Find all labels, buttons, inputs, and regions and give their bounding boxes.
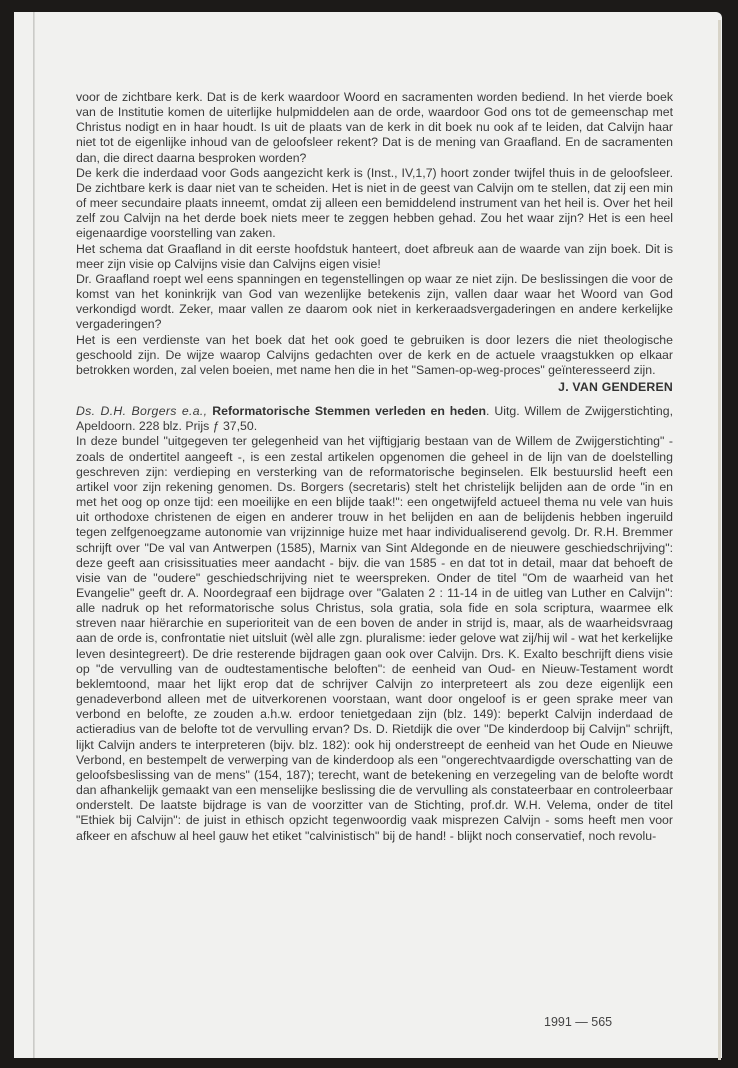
review-book-title: Reformatorische Stemmen verleden en hede… bbox=[212, 404, 486, 418]
paragraph: Het is een verdienste van het boek dat h… bbox=[76, 333, 673, 378]
review-body: In deze bundel "uitgegeven ter gelegenhe… bbox=[76, 434, 673, 843]
page-edge bbox=[718, 20, 721, 1060]
paragraph: Het schema dat Graafland in dit eerste h… bbox=[76, 242, 673, 272]
reviewer-signature: J. VAN GENDEREN bbox=[76, 380, 673, 395]
paragraph: De kerk die inderdaad voor Gods aangezic… bbox=[76, 166, 673, 242]
review-citation: Ds. D.H. Borgers e.a., Reformatorische S… bbox=[76, 404, 673, 434]
page-number: 1991 — 565 bbox=[544, 1015, 612, 1029]
binding-fold-line bbox=[33, 12, 35, 1058]
paragraph: Dr. Graafland roept wel eens spanningen … bbox=[76, 272, 673, 333]
review-book-author: Ds. D.H. Borgers e.a., bbox=[76, 404, 207, 418]
paragraph: voor de zichtbare kerk. Dat is de kerk w… bbox=[76, 90, 673, 166]
page-body: voor de zichtbare kerk. Dat is de kerk w… bbox=[76, 90, 673, 844]
scanned-page-background: voor de zichtbare kerk. Dat is de kerk w… bbox=[0, 0, 738, 1068]
